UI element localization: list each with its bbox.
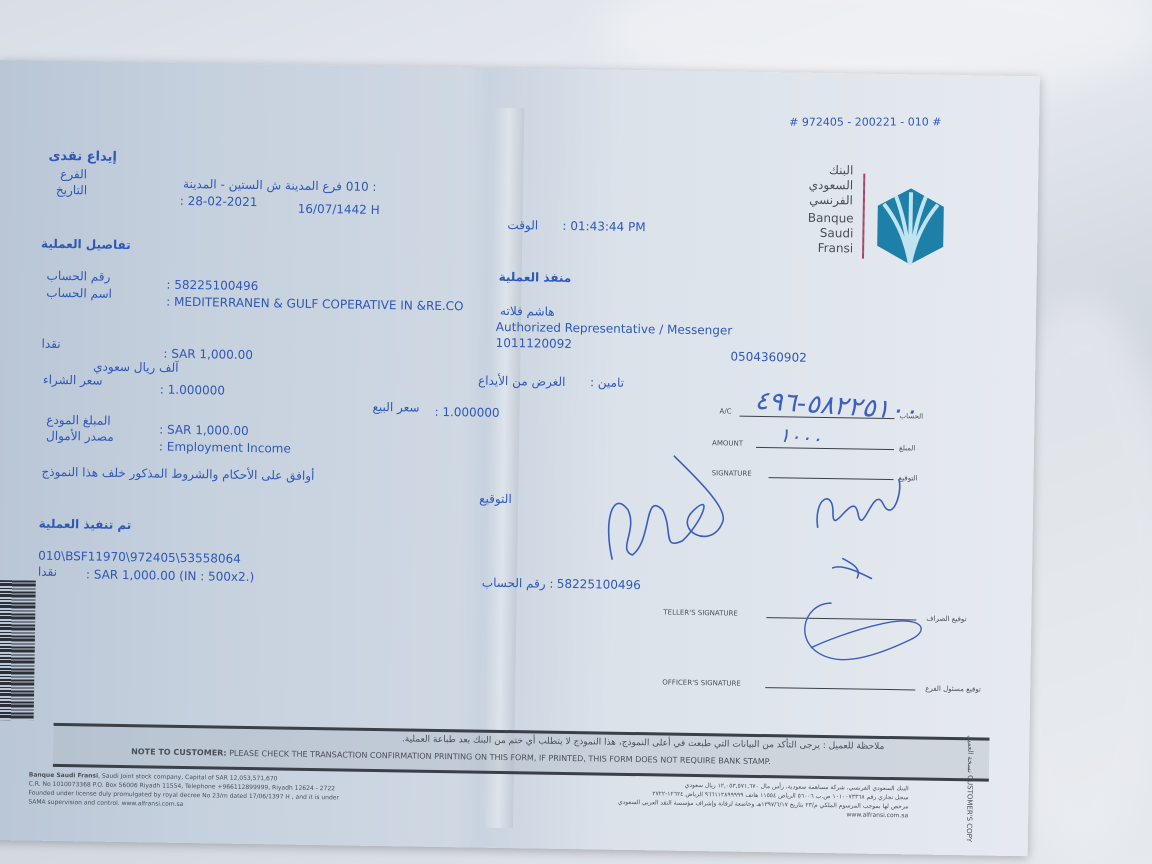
deposit-receipt: # 972405 - 200221 - 010 # إيداع نقدى الف… — [0, 60, 1040, 856]
document-number: # 972405 - 200221 - 010 # — [789, 115, 941, 128]
deposited-amount-value: : SAR 1,000.00 — [159, 423, 249, 438]
officer-signature-label-en: OFFICER'S SIGNATURE — [662, 678, 741, 687]
handwritten-account-number: ٥٨٢٢٥١٠٠-٤٩٦ — [754, 386, 919, 427]
account-name-value: : MEDITERRANEN & GULF COPERATIVE IN &RE.… — [166, 295, 464, 314]
customer-note-text: PLEASE CHECK THE TRANSACTION CONFIRMATIO… — [229, 749, 771, 767]
executor-name: هاشم فلاته — [500, 304, 555, 319]
amount-in-words: آلف ريال سعودي — [93, 360, 179, 375]
account-name-label: اسم الحساب — [46, 286, 112, 301]
stamp-amount-label-en: AMOUNT — [712, 439, 743, 447]
logo-divider — [862, 174, 865, 259]
time-value: : 01:43:44 PM — [562, 219, 645, 234]
stamp-account-label-en: A/C — [720, 407, 732, 415]
officer-signature-label-ar: توقيع مسئول الفرع — [925, 685, 981, 694]
customer-note-label: NOTE TO CUSTOMER: — [131, 747, 227, 757]
customer-copy-en: CUSTOMER'S COPY — [965, 775, 974, 842]
executor-id: 1011120092 — [496, 336, 573, 351]
buy-rate-value: : 1.000000 — [160, 383, 225, 398]
customer-copy-label: نسخة العميل CUSTOMER'S COPY — [965, 735, 975, 842]
details-section-title: تفاصيل العملية — [41, 237, 131, 252]
branch-value: : 010 فرع المدينة ش الستين - المدينة — [183, 177, 377, 194]
buy-rate-label: سعر الشراء — [43, 373, 103, 388]
receipt-title: إيداع نقدى — [48, 149, 117, 165]
bank-name-ar-2: السعودي — [813, 178, 853, 194]
bank-name-ar-1: البنك — [813, 163, 853, 179]
branch-label: الفرع — [60, 167, 87, 181]
paper-crease — [483, 108, 524, 828]
deposit-purpose-value: تامين : — [590, 375, 624, 390]
customer-signature-scribble — [592, 449, 744, 581]
hijri-date: 16/07/1442 H — [298, 202, 380, 217]
bank-name-en-2: Saudi — [797, 226, 853, 242]
teller-signature-label-en: TELLER'S SIGNATURE — [663, 608, 738, 617]
stamp-amount-line — [756, 447, 894, 450]
bank-name-arabic: البنك السعودي الفرنسي — [813, 163, 854, 209]
bank-name-english: Banque Saudi Fransi — [797, 211, 854, 257]
customer-note-arabic: ملاحظة للعميل : يرجى التأكد من البيانات … — [402, 734, 885, 752]
executor-section-title: منفذ العملية — [499, 270, 572, 285]
sell-rate-label: سعر البيع — [372, 400, 419, 415]
teller-signature-scribble — [791, 598, 942, 670]
executed-section-title: تم تنفيذ العملية — [39, 517, 132, 532]
stamp-amount-label-ar: المبلغ — [899, 444, 915, 452]
customer-signature-label: التوقيع — [479, 492, 512, 507]
footer-bank-name: Banque Saudi Fransi — [29, 772, 98, 780]
time-label: الوقت — [507, 218, 538, 232]
bank-logo-icon — [875, 186, 946, 267]
account-number-label: رقم الحساب — [47, 269, 111, 284]
funds-source-label: مصدر الأموال — [46, 429, 114, 444]
handwritten-amount: ١٠٠٠ — [778, 422, 823, 450]
account-number-value: : 58225100496 — [166, 278, 258, 293]
cash-label: نقدا — [41, 337, 60, 351]
transaction-reference: 010\BSF11970\972405\53558064 — [38, 549, 241, 566]
bank-name-ar-3: الفرنسي — [813, 193, 853, 209]
deposited-amount-label: المبلغ المودع — [46, 413, 111, 428]
executor-role: Authorized Representative / Messenger — [496, 320, 733, 338]
sell-rate-value: : 1.000000 — [434, 405, 499, 420]
stamp-signature-scribble — [802, 468, 914, 590]
customer-note-english: NOTE TO CUSTOMER: PLEASE CHECK THE TRANS… — [131, 747, 771, 766]
executed-cash-label: نقدا — [38, 565, 57, 579]
cash-value: : SAR 1,000.00 — [163, 347, 253, 362]
footer-english: Banque Saudi Fransi, Saudi Joint stock c… — [28, 771, 339, 812]
date-label: التاريخ — [56, 183, 87, 197]
executed-account-label: : رقم الحساب — [482, 576, 554, 591]
customer-copy-ar: نسخة العميل — [966, 735, 975, 773]
footer-arabic: البنك السعودي الفرنسي، شركة مساهمة سعودي… — [548, 779, 909, 821]
executor-phone: 0504360902 — [730, 350, 807, 365]
barcode — [0, 580, 36, 721]
funds-source-value: : Employment Income — [159, 440, 291, 456]
officer-signature-line — [765, 687, 915, 690]
deposit-purpose-label: الغرض من الأيداع — [478, 374, 566, 389]
terms-agreement: أوافق على الأحكام والشروط المذكور خلف هذ… — [41, 465, 314, 483]
bank-name-en-1: Banque — [797, 211, 853, 227]
date-value: : 28-02-2021 — [180, 194, 258, 209]
executed-cash-value: : SAR 1,000.00 (IN : 500x2.) — [86, 567, 255, 584]
bank-name-en-3: Fransi — [797, 241, 853, 257]
